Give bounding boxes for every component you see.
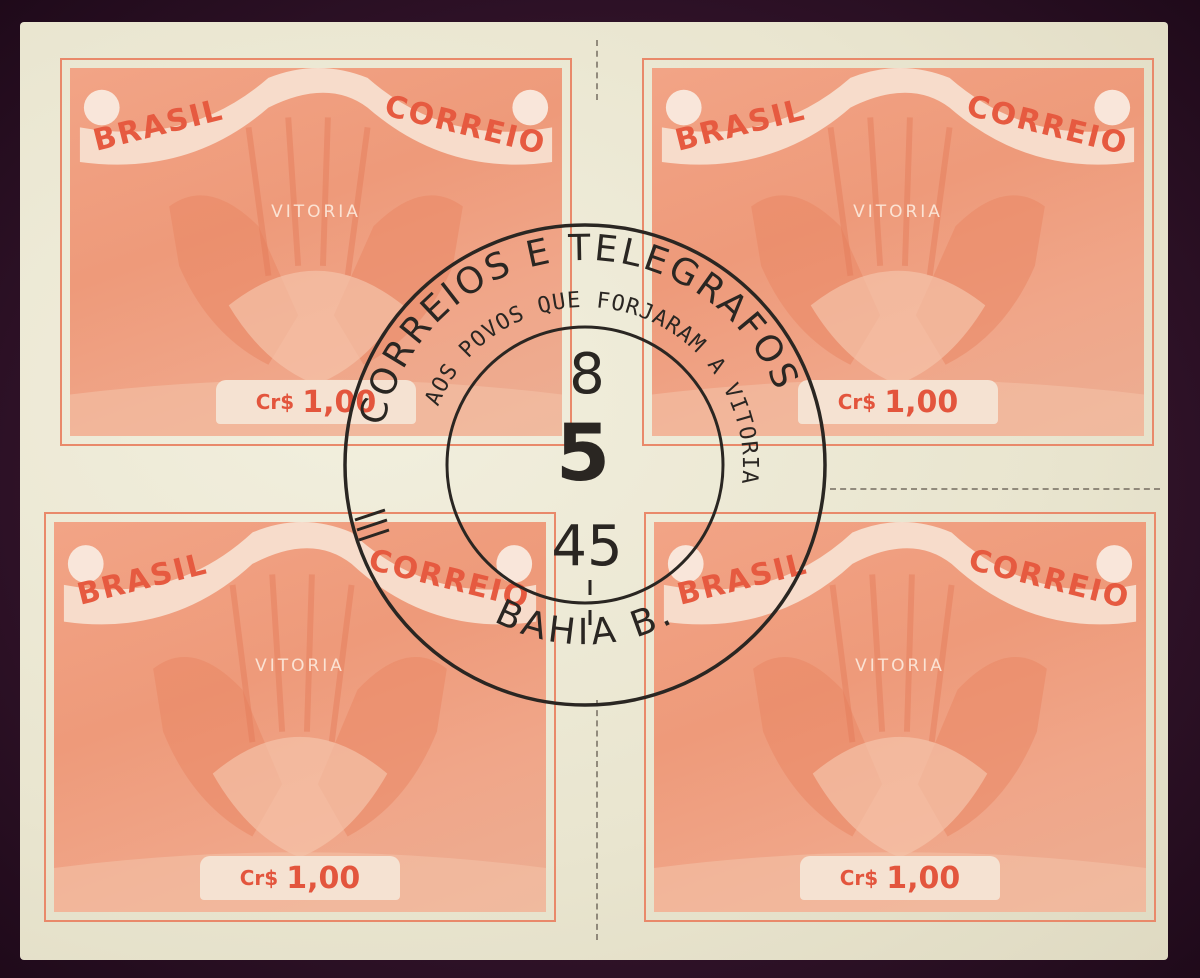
stamp-value: 1,00 [286,861,360,896]
postmark-lower-text: BAHIA B. [489,592,680,654]
gutter-perforation [596,700,598,940]
stamp-currency: Cr$ [256,390,294,414]
stamp-value-box: Cr$ 1,00 [800,856,1000,900]
postmark-year: 45 [551,514,622,579]
postmark-day: 8 [569,342,605,407]
svg-text:BAHIA B.: BAHIA B. [489,592,680,654]
stamp-currency: Cr$ [838,390,876,414]
stamp-value: 1,00 [886,861,960,896]
stamp-currency: Cr$ [240,866,278,890]
gutter-perforation [830,488,1160,490]
postmark-cancellation: CORREIOS E TELEGRAFOS AOS POVOS QUE FORJ… [335,215,835,715]
stamp-value-box: Cr$ 1,00 [200,856,400,900]
stamp-currency: Cr$ [840,866,878,890]
gutter-perforation [596,40,598,100]
stamp-motto: VITORIA [853,202,943,222]
stamp-motto: VITORIA [855,656,945,676]
stamp-value: 1,00 [884,385,958,420]
postmark-month: 5 [556,409,610,499]
stamp-motto: VITORIA [255,656,345,676]
